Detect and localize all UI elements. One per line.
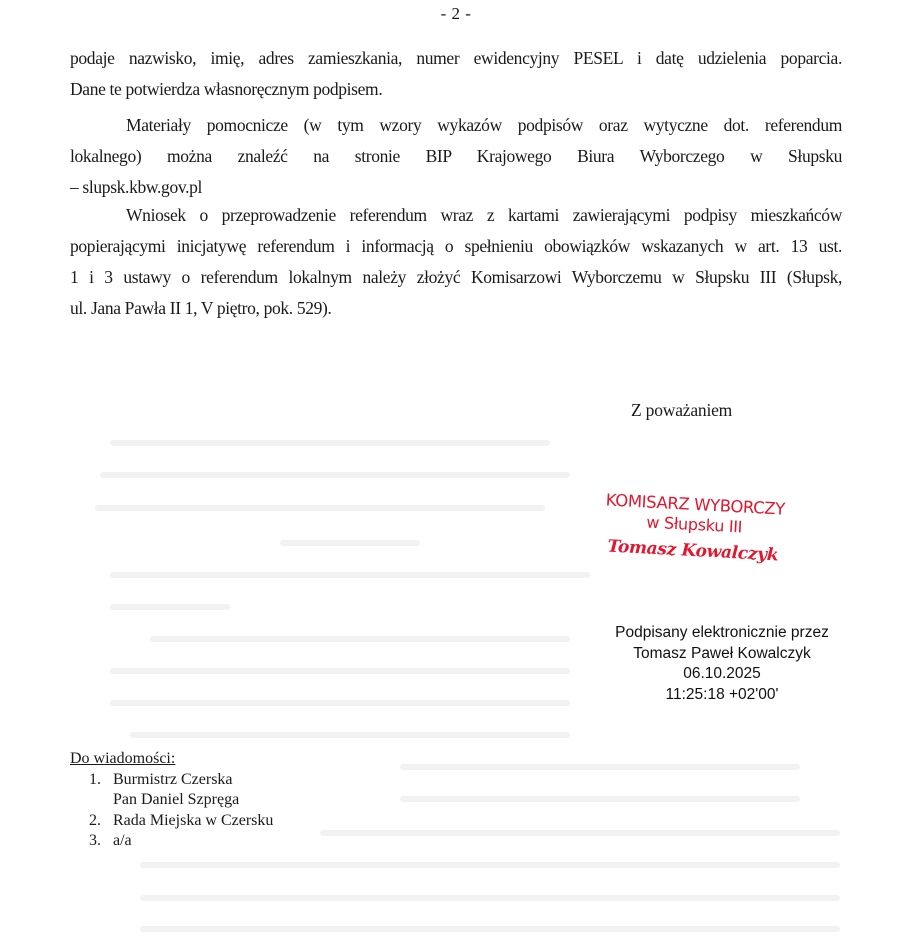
bleed-through-line	[95, 505, 545, 511]
text-line: lokalnego) można znaleźć na stronie BIP …	[70, 141, 842, 172]
text-line: Wniosek o przeprowadzenie referendum wra…	[70, 200, 842, 231]
text-line: popierającymi inicjatywę referendum i in…	[70, 231, 842, 262]
esig-time: 11:25:18 +02'00'	[594, 685, 850, 706]
bleed-through-line	[280, 540, 420, 546]
bleed-through-line	[400, 764, 800, 770]
text-line: podaje nazwisko, imię, adres zamieszkani…	[70, 43, 842, 74]
list-item: 2. Rada Miejska w Czersku	[70, 811, 273, 832]
text-line: Materiały pomocnicze (w tym wzory wykazó…	[70, 110, 842, 141]
recipient-line: Burmistrz Czerska	[113, 770, 239, 791]
esig-label: Podpisany elektronicznie przez	[594, 623, 850, 644]
list-number: 2.	[70, 811, 113, 832]
closing-salutation: Z poważaniem	[631, 400, 732, 421]
page-number: - 2 -	[0, 4, 912, 24]
bleed-through-line	[140, 895, 840, 901]
bleed-through-line	[140, 862, 840, 868]
esig-date: 06.10.2025	[594, 664, 850, 685]
bleed-through-line	[130, 732, 570, 738]
paragraph-submission-instructions: Wniosek o przeprowadzenie referendum wra…	[70, 200, 842, 324]
bleed-through-line	[320, 830, 840, 836]
bleed-through-line	[110, 604, 230, 610]
list-number: 1.	[70, 770, 113, 811]
list-number: 3.	[70, 831, 113, 852]
bleed-through-line	[110, 572, 590, 578]
distribution-heading: Do wiadomości:	[70, 749, 273, 770]
list-item: 3. a/a	[70, 831, 273, 852]
text-line: 1 i 3 ustawy o referendum lokalnym należ…	[70, 262, 842, 293]
list-item: 1. Burmistrz Czerska Pan Daniel Szpręga	[70, 770, 273, 811]
recipient-line: Pan Daniel Szpręga	[113, 790, 239, 811]
official-stamp: KOMISARZ WYBORCZY w Słupsku III Tomasz K…	[581, 489, 806, 571]
distribution-items: 1. Burmistrz Czerska Pan Daniel Szpręga …	[70, 770, 273, 852]
paragraph-help-materials: Materiały pomocnicze (w tym wzory wykazó…	[70, 110, 842, 203]
recipient-line: a/a	[113, 831, 132, 852]
text-line: ul. Jana Pawła II 1, V piętro, pok. 529)…	[70, 293, 842, 324]
esig-signer: Tomasz Paweł Kowalczyk	[594, 644, 850, 665]
paragraph-signature-requirements: podaje nazwisko, imię, adres zamieszkani…	[70, 43, 842, 105]
bleed-through-line	[110, 440, 550, 446]
bleed-through-line	[100, 472, 570, 478]
bleed-through-line	[110, 700, 570, 706]
distribution-list: Do wiadomości: 1. Burmistrz Czerska Pan …	[70, 749, 273, 852]
bip-link-text: – slupsk.kbw.gov.pl	[70, 172, 842, 203]
bleed-through-line	[150, 636, 570, 642]
bleed-through-line	[400, 796, 800, 802]
bleed-through-line	[110, 668, 570, 674]
bleed-through-line	[140, 926, 840, 932]
electronic-signature-block: Podpisany elektronicznie przez Tomasz Pa…	[594, 623, 850, 705]
text-line: Dane te potwierdza własnoręcznym podpise…	[70, 74, 842, 105]
recipient-line: Rada Miejska w Czersku	[113, 811, 273, 832]
